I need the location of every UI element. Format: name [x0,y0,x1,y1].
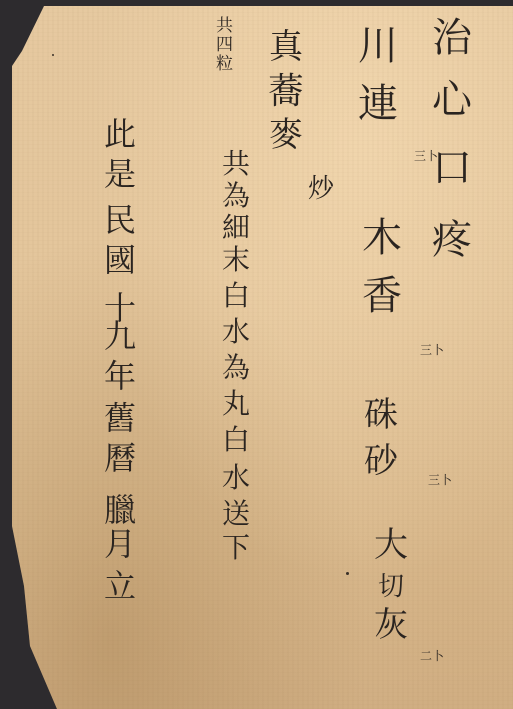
prep-char: 丸 [222,390,250,418]
dose-chuanlian: 三卜 [414,150,438,163]
ingredient-column-qiaomai: 真 蕎 麥 [268,30,304,170]
note-char: 共 [216,18,233,35]
ingredient-char: 灰 [374,608,408,642]
ingredient-char: 真 [269,30,303,64]
prep-char: 白 [222,282,250,310]
ingredient-char: 木 [362,218,402,258]
ink-speck [52,54,54,56]
dose-muxiang: 三卜 [420,344,444,357]
ingredient-char: 香 [362,276,402,316]
prep-char: 水 [222,318,250,346]
title-char: 治 [432,18,472,58]
colophon-column: 此 是 民 國 十 九 年 舊 曆 臘 月 立 [104,118,136,602]
prep-char: 共 [222,150,250,178]
ingredient-char: 川 [358,26,398,66]
ingredient-column-zhusha: 硃 砂 [364,398,398,490]
prep-char: 為 [222,182,250,210]
ink-speck [346,572,349,575]
title-char: 心 [432,80,472,120]
colophon-char: 臘 [104,494,136,526]
ingredient-char: 麥 [269,118,303,152]
ingredient-column-primary: 川 連 [358,26,398,142]
prep-char: 細 [222,214,250,242]
prep-char: 送 [222,500,250,528]
ingredient-char: 大 [374,528,408,562]
preparation-column: 共 為 細 末 白 水 為 丸 白 水 送 下 [222,150,250,562]
ingredient-char: 連 [358,84,398,124]
colophon-char: 曆 [104,442,136,474]
prep-char: 末 [222,246,250,274]
note-char: 粒 [216,56,233,73]
prep-char: 白 [222,426,250,454]
prep-char: 為 [222,354,250,382]
colophon-char: 年 [104,360,136,392]
ingredient-char: 切 [378,574,404,600]
colophon-char: 九 [104,320,136,352]
colophon-char: 月 [104,528,136,560]
colophon-char: 此 [104,118,136,150]
note-char: 四 [216,37,233,54]
ingredient-char: 蕎 [268,74,304,110]
title-char: 疼 [432,220,472,260]
dose-dahui: 二卜 [420,650,444,663]
dose-zhusha: 三卜 [428,474,452,487]
title-column: 治 心 口 疼 [432,18,472,278]
colophon-char: 是 [104,158,136,190]
ingredient-char: 砂 [364,444,398,478]
prep-char: 下 [222,534,250,562]
prep-char: 水 [222,464,250,492]
colophon-char: 國 [104,244,136,276]
ingredient-char: 硃 [364,398,398,432]
scanned-document: 治 心 口 疼 川 連 三卜 木 香 三卜 硃 砂 三卜 大 切 灰 二卜 真 … [0,0,513,709]
note-chao: 炒 [308,176,334,203]
ingredient-column-dahui: 大 切 灰 [374,528,408,654]
colophon-char: 民 [104,204,136,236]
colophon-char: 立 [104,570,136,602]
note-column: 共 四 粒 [216,18,233,75]
colophon-char: 舊 [104,402,136,434]
ingredient-column-muxiang: 木 香 [362,218,402,334]
